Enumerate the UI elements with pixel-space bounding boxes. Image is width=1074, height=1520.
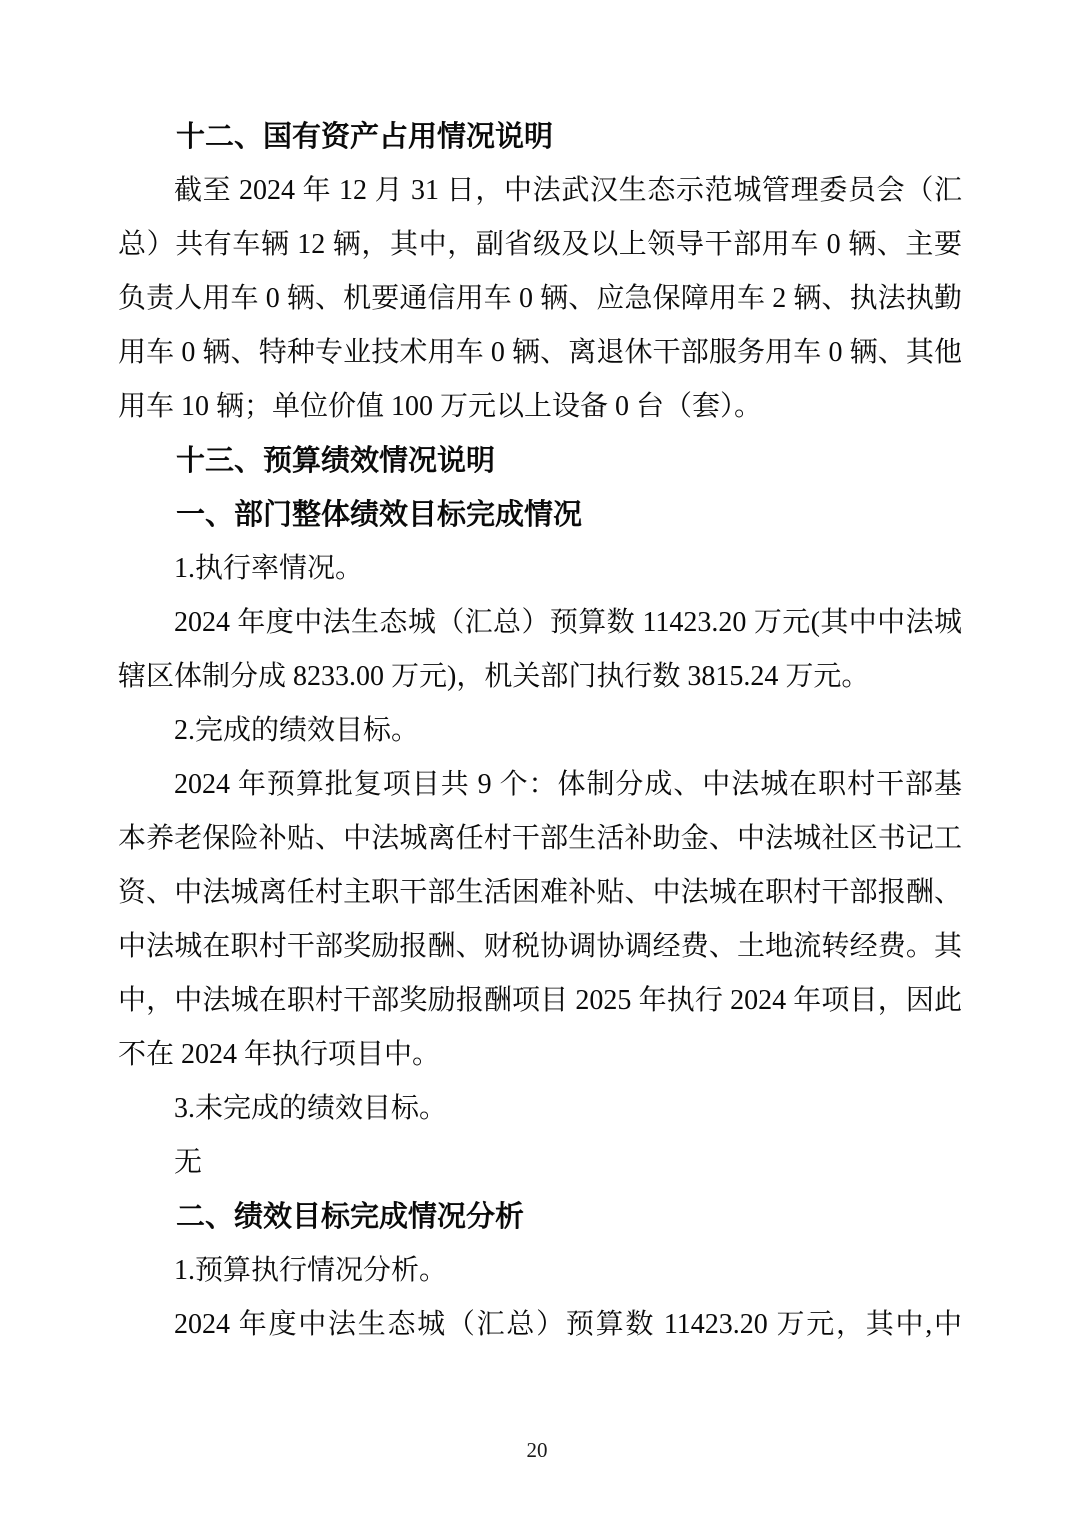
section-heading: 二、绩效目标完成情况分析	[118, 1190, 962, 1244]
section-heading: 一、部门整体绩效目标完成情况	[118, 488, 962, 542]
section-heading: 十二、国有资产占用情况说明	[118, 110, 962, 164]
body-paragraph: 2024 年度中法生态城（汇总）预算数 11423.20 万元(其中中法城辖区体…	[118, 596, 962, 704]
body-paragraph: 2.完成的绩效目标。	[118, 704, 962, 758]
body-paragraph: 截至 2024 年 12 月 31 日，中法武汉生态示范城管理委员会（汇总）共有…	[118, 164, 962, 434]
page-number: 20	[0, 1436, 1074, 1464]
section-heading: 十三、预算绩效情况说明	[118, 434, 962, 488]
document-page: 十二、国有资产占用情况说明截至 2024 年 12 月 31 日，中法武汉生态示…	[0, 0, 1074, 1520]
body-paragraph: 1.预算执行情况分析。	[118, 1244, 962, 1298]
body-paragraph: 2024 年度中法生态城（汇总）预算数 11423.20 万元，其中,中	[118, 1298, 962, 1352]
body-paragraph: 1.执行率情况。	[118, 542, 962, 596]
body-paragraph: 无	[118, 1136, 962, 1190]
body-paragraph: 3.未完成的绩效目标。	[118, 1082, 962, 1136]
body-paragraph: 2024 年预算批复项目共 9 个：体制分成、中法城在职村干部基本养老保险补贴、…	[118, 758, 962, 1082]
document-body: 十二、国有资产占用情况说明截至 2024 年 12 月 31 日，中法武汉生态示…	[118, 110, 962, 1352]
